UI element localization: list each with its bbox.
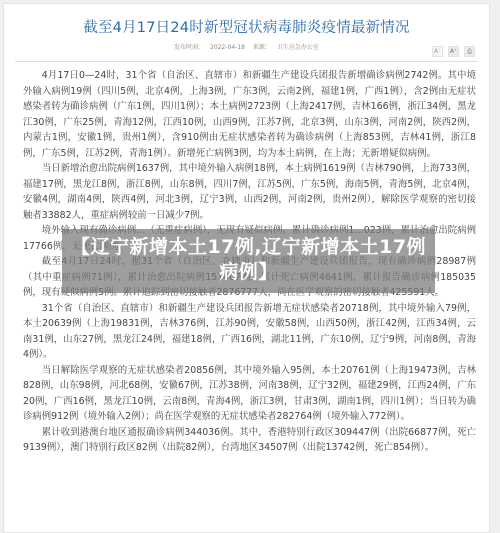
print-button[interactable]: ⎙ [464, 46, 475, 57]
font-larger-button[interactable]: A⁺ [448, 46, 459, 57]
source-label: 来源： [253, 44, 271, 51]
font-smaller-icon: A⁻ [434, 48, 441, 55]
published-date: 2022-04-18 [210, 44, 245, 51]
font-larger-icon: A⁺ [450, 48, 457, 55]
print-icon: ⎙ [467, 48, 472, 56]
paragraph-hk-macao-taiwan: 累计收到港澳台地区通报确诊病例344036例。其中，香港特别行政区309447例… [23, 425, 476, 456]
paragraph-asymptomatic-new: 31个省（自治区、直辖市）和新疆生产建设兵团报告新增无症状感染者20718例，其… [23, 301, 476, 363]
published-label: 发布时间： [174, 44, 204, 51]
font-smaller-button[interactable]: A⁻ [432, 46, 443, 57]
paragraph-recovered: 当日新增治愈出院病例1637例，其中境外输入病例18例，本土病例1619例（吉林… [23, 161, 476, 223]
article-meta: 发布时间：2022-04-18 来源：卫生应急办公室 [4, 42, 489, 51]
title-divider [15, 61, 477, 62]
article-tools: A⁻ A⁺ ⎙ [432, 46, 475, 57]
source-name: 卫生应急办公室 [277, 44, 319, 51]
paragraph-asymptomatic-released: 当日解除医学观察的无症状感染者20856例，其中境外输入95例，本土20761例… [23, 363, 476, 425]
article-title: 截至4月17日24时新型冠状病毒肺炎疫情最新情况 [4, 16, 489, 37]
paragraph-new-confirmed: 4月17日0—24时，31个省（自治区、直辖市）和新疆生产建设兵团报告新增确诊病… [23, 68, 476, 161]
headline-overlay-banner: 【辽宁新增本土17例,辽宁新增本土17例病例】 [62, 229, 435, 293]
